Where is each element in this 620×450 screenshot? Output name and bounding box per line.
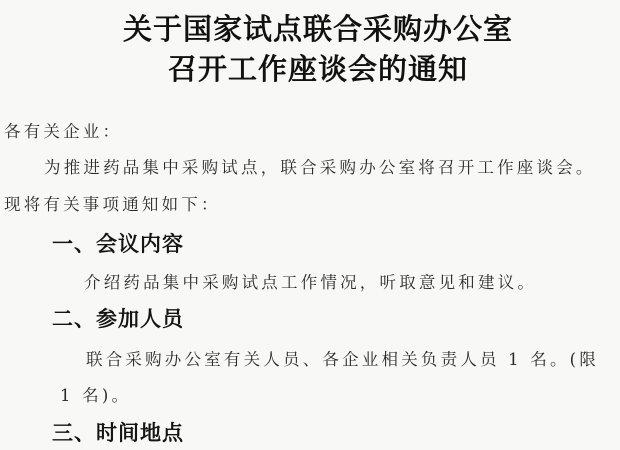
section-heading-3: 三、时间地点 — [52, 423, 184, 444]
section-heading-2: 二、参加人员 — [52, 309, 184, 330]
intro-paragraph-line-2: 现将有关事项通知如下： — [4, 197, 221, 214]
section-2-body-line-2: 1 名)。 — [60, 388, 131, 405]
section-2-body-line-1: 联合采购办公室有关人员、各企业相关负责人员 1 名。(限 — [86, 352, 599, 369]
document-title-line-1: 关于国家试点联合采购办公室 — [8, 15, 620, 44]
document-title-line-2: 召开工作座谈会的通知 — [8, 55, 620, 84]
section-1-body-line-1: 介绍药品集中采购试点工作情况，听取意见和建议。 — [84, 275, 537, 292]
document-page: 关于国家试点联合采购办公室 召开工作座谈会的通知 各有关企业： 为推进药品集中采… — [0, 0, 620, 450]
salutation: 各有关企业： — [4, 124, 122, 141]
intro-paragraph-line-1: 为推进药品集中采购试点，联合采购办公室将召开工作座谈会。 — [44, 160, 596, 177]
section-heading-1: 一、会议内容 — [52, 234, 184, 255]
